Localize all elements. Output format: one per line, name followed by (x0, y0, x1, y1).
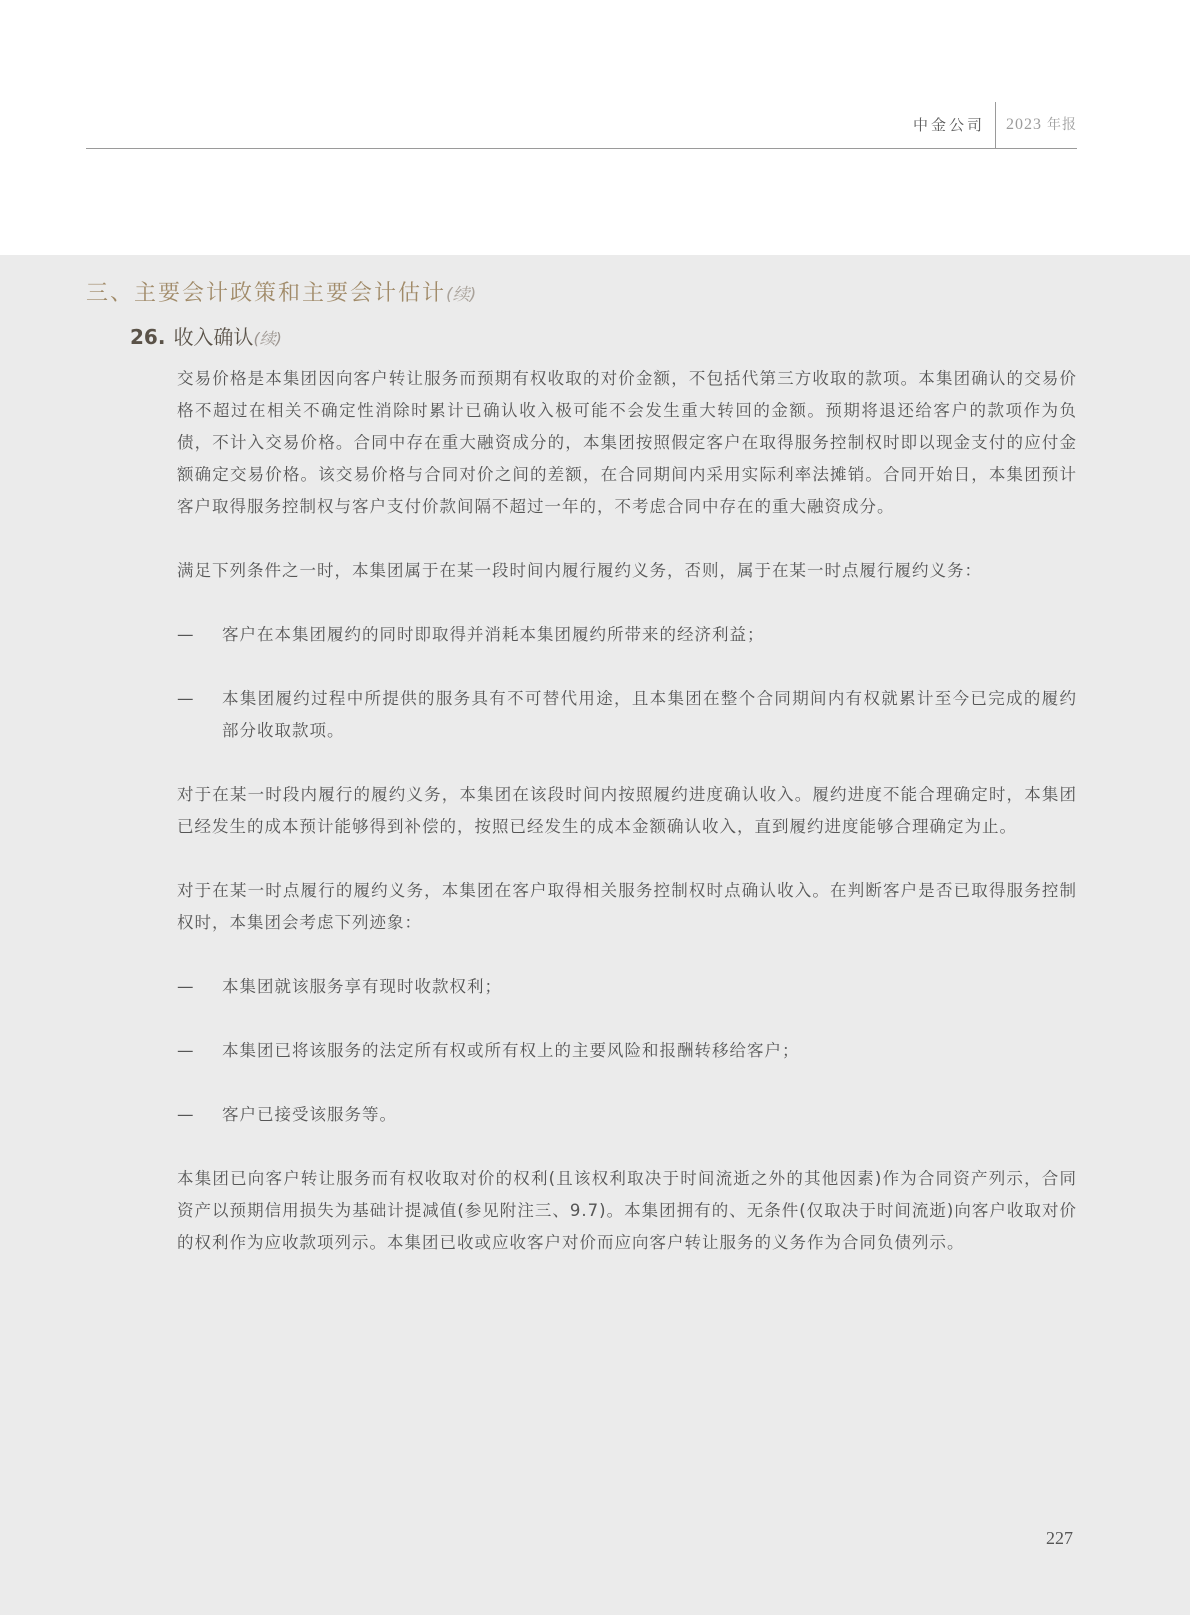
list-item-text: 客户在本集团履约的同时即取得并消耗本集团履约所带来的经济利益； (222, 619, 1077, 651)
subsection-title: 26.收入确认(续) (130, 321, 282, 350)
subsection-title-text: 收入确认 (173, 325, 253, 349)
list-item: — 本集团已将该服务的法定所有权或所有权上的主要风险和报酬转移给客户； (177, 1035, 1077, 1067)
dash-bullet: — (177, 683, 222, 747)
page-content: 三、主要会计政策和主要会计估计(续) 26.收入确认(续) 交易价格是本集团因向… (0, 255, 1190, 1615)
list-item-text: 本集团就该服务享有现时收款权利； (222, 971, 1077, 1003)
report-year: 2023 (1006, 116, 1042, 133)
dash-bullet: — (177, 1099, 222, 1131)
list-item: — 客户在本集团履约的同时即取得并消耗本集团履约所带来的经济利益； (177, 619, 1077, 651)
paragraph: 本集团已向客户转让服务而有权收取对价的权利(且该权利取决于时间流逝之外的其他因素… (177, 1163, 1077, 1259)
list-item-text: 客户已接受该服务等。 (222, 1099, 1077, 1131)
list-item: — 本集团就该服务享有现时收款权利； (177, 971, 1077, 1003)
dash-bullet: — (177, 971, 222, 1003)
paragraph: 交易价格是本集团因向客户转让服务而预期有权收取的对价金额，不包括代第三方收取的款… (177, 363, 1077, 523)
page-header: 中金公司 2023 年报 (86, 100, 1077, 149)
paragraph: 满足下列条件之一时，本集团属于在某一段时间内履行履约义务，否则，属于在某一时点履… (177, 555, 1077, 587)
company-name: 中金公司 (913, 114, 995, 135)
body-text: 交易价格是本集团因向客户转让服务而预期有权收取的对价金额，不包括代第三方收取的款… (177, 363, 1077, 1291)
page-number: 227 (1046, 1528, 1073, 1549)
report-label: 2023 年报 (996, 114, 1077, 134)
dash-bullet: — (177, 1035, 222, 1067)
list-item: — 客户已接受该服务等。 (177, 1099, 1077, 1131)
paragraph: 对于在某一时点履行的履约义务，本集团在客户取得相关服务控制权时点确认收入。在判断… (177, 875, 1077, 939)
subsection-number: 26. (130, 325, 165, 349)
dash-bullet: — (177, 619, 222, 651)
subsection-continued: (续) (253, 329, 282, 348)
section-continued: (续) (446, 285, 476, 305)
paragraph: 对于在某一时段内履行的履约义务，本集团在该段时间内按照履约进度确认收入。履约进度… (177, 779, 1077, 843)
list-item-text: 本集团履约过程中所提供的服务具有不可替代用途，且本集团在整个合同期间内有权就累计… (222, 683, 1077, 747)
section-title: 三、主要会计政策和主要会计估计(续) (86, 276, 476, 307)
section-title-text: 三、主要会计政策和主要会计估计 (86, 281, 446, 306)
list-item-text: 本集团已将该服务的法定所有权或所有权上的主要风险和报酬转移给客户； (222, 1035, 1077, 1067)
header-branding: 中金公司 2023 年报 (913, 100, 1077, 148)
list-item: — 本集团履约过程中所提供的服务具有不可替代用途，且本集团在整个合同期间内有权就… (177, 683, 1077, 747)
report-type: 年报 (1047, 117, 1077, 133)
